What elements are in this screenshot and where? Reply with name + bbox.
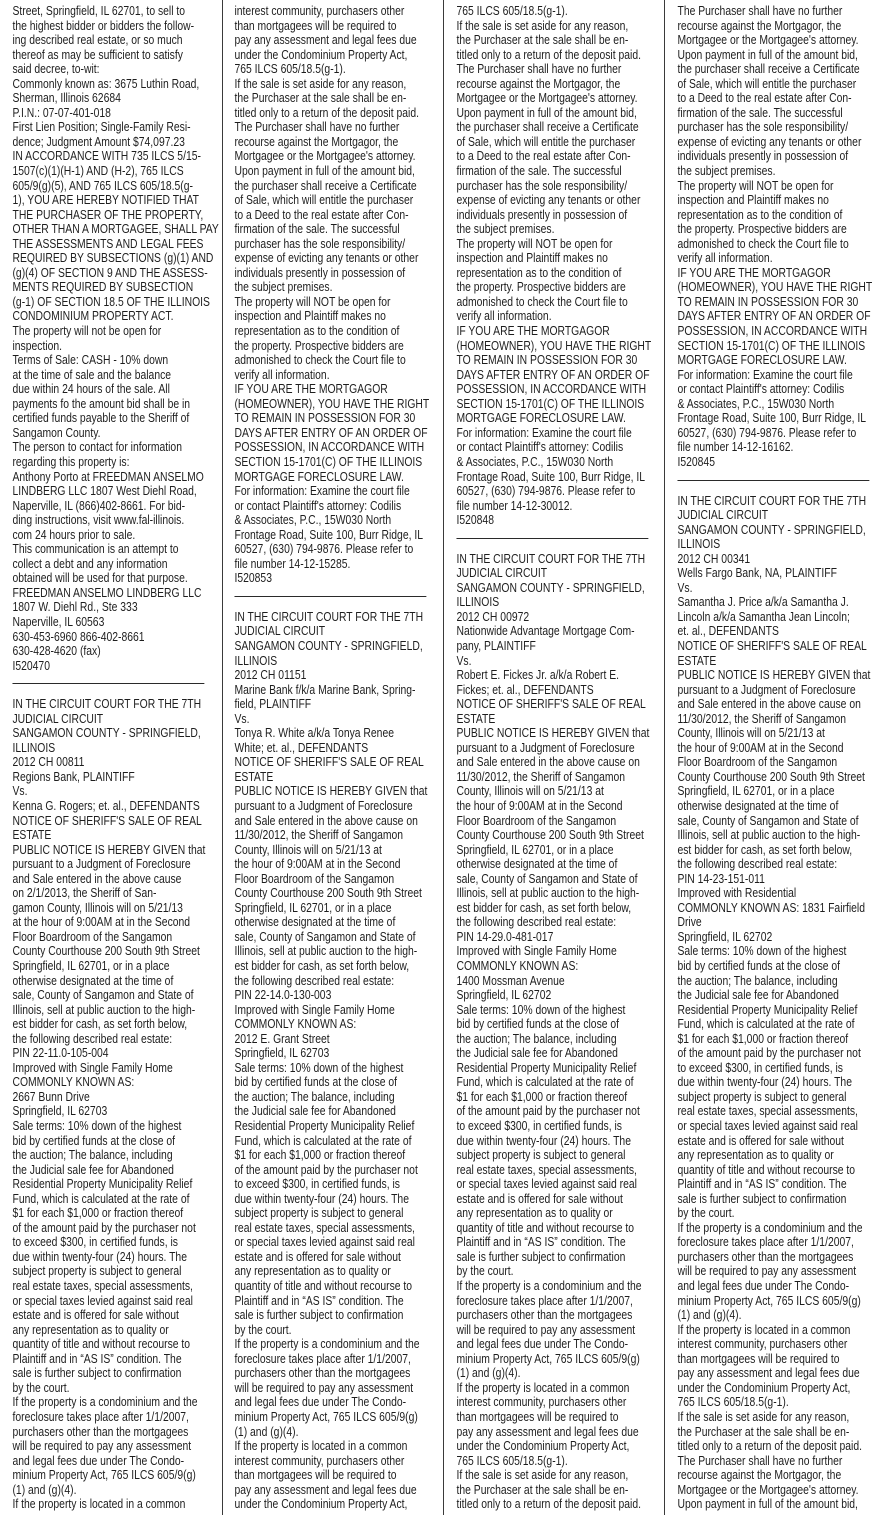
notice-line: Springfield, IL 62703 — [12, 1104, 207, 1119]
notice-line: sale, County of Sangamon and State of — [677, 814, 872, 829]
notice-line: to exceed $300, in certified funds, is — [677, 1061, 872, 1076]
notice-line: will be required to pay any assessment — [677, 1264, 872, 1279]
notice-line: the hour of 9:00AM at in the Second — [456, 799, 651, 814]
notice-line: Vs. — [456, 654, 651, 669]
notice-line: due within twenty-four (24) hours. The — [456, 1134, 651, 1149]
notice-line: or contact Plaintiff's attorney: Codilis — [234, 499, 429, 514]
notice-line: Plaintiff and in “AS IS” condition. The — [234, 1294, 429, 1309]
notice-line: est bidder for cash, as set forth below, — [677, 843, 872, 858]
notice-line: Illinois, sell at public auction to the … — [456, 886, 651, 901]
notice-line: minium Property Act, 765 ILCS 605/9(g) — [456, 1352, 651, 1367]
notice-line: I520470 — [12, 659, 207, 674]
notice-line: 60527, (630) 794-9876. Please refer to — [234, 542, 429, 557]
notice-line: due within twenty-four (24) hours. The — [234, 1192, 429, 1207]
notice-line: Springfield, IL 62701, or in a place — [677, 784, 872, 799]
notice-line: 630-428-4620 (fax) — [12, 644, 207, 659]
notice-line: payments fo the amount bid shall be in — [12, 397, 207, 412]
notice-line: Sale terms: 10% down of the highest — [234, 1061, 429, 1076]
notice-line: subject property is subject to general — [677, 1090, 872, 1105]
notice-line: ing described real estate, or so much — [12, 33, 207, 48]
notice-line: will be required to pay any assessment — [12, 1439, 207, 1454]
notice-line: 765 ILCS 605/18.5(g-1). — [677, 1395, 872, 1410]
notice-line: For information: Examine the court file — [677, 368, 872, 383]
notice-line: sale is further subject to confirmation — [677, 1192, 872, 1207]
notice-line: purchasers other than the mortgagees — [12, 1425, 207, 1440]
notice-line: and legal fees due under The Condo- — [456, 1337, 651, 1352]
notice-line: I520853 — [234, 571, 429, 586]
notice-line: under the Condominium Property Act, — [234, 48, 429, 63]
notice-line: NOTICE OF SHERIFF'S SALE OF REAL — [234, 755, 429, 770]
notice-line: Vs. — [12, 784, 207, 799]
notice-line: If the property is a condominium and the — [12, 1395, 207, 1410]
notice-line: the subject premises. — [456, 222, 651, 237]
notice-line: 60527, (630) 794-9876. Please refer to — [456, 484, 651, 499]
notice-line: Floor Boardroom of the Sangamon — [234, 872, 429, 887]
notice-line: ILLINOIS — [677, 537, 872, 552]
notice-line: Fund, which is calculated at the rate of — [234, 1134, 429, 1149]
notice-line: real estate taxes, special assessments, — [456, 1163, 651, 1178]
notice-line: Robert E. Fickes Jr. a/k/a Robert E. — [456, 668, 651, 683]
notice-line: 2012 CH 01151 — [234, 668, 429, 683]
notice-line: any representation as to quality or — [456, 1206, 651, 1221]
notice-line: the Judicial sale fee for Abandoned — [12, 1163, 207, 1178]
notice-line: minium Property Act, 765 ILCS 605/9(g) — [234, 1410, 429, 1425]
notice-line: the highest bidder or bidders the follow… — [12, 19, 207, 34]
notice-line: certified funds payable to the Sheriff o… — [12, 411, 207, 426]
notice-separator — [12, 683, 204, 684]
notice-line: purchaser has the sole responsibility/ — [234, 237, 429, 252]
notice-line: 1807 W. Diehl Rd., Ste 333 — [12, 600, 207, 615]
notice-line: verify all information. — [677, 251, 872, 266]
notice-line: NOTICE OF SHERIFF'S SALE OF REAL — [456, 697, 651, 712]
notice-line: Springfield, IL 62701, or in a place — [456, 843, 651, 858]
notice-line: to exceed $300, in certified funds, is — [456, 1119, 651, 1134]
notice-line: at the time of sale and the balance — [12, 368, 207, 383]
notice-line: If the property is located in a common — [677, 1323, 872, 1338]
notice-line: under the Condominium Property Act, — [456, 1439, 651, 1454]
notice-separator — [456, 538, 648, 539]
notice-line: OTHER THAN A MORTGAGEE, SHALL PAY — [12, 222, 207, 237]
notice-line: 605/9(g)(5), AND 765 ILCS 605/18.5(g- — [12, 179, 207, 194]
notice-text-block: IN THE CIRCUIT COURT FOR THE 7THJUDICIAL… — [456, 552, 651, 1512]
notice-line: DAYS AFTER ENTRY OF AN ORDER OF — [677, 309, 872, 324]
notice-line: of the amount paid by the purchaser not — [234, 1163, 429, 1178]
notice-line: If the property is a condominium and the — [677, 1221, 872, 1236]
notice-line: individuals presently in possession of — [234, 266, 429, 281]
notice-line: MENTS REQUIRED BY SUBSECTION — [12, 280, 207, 295]
notice-line: to a Deed to the real estate after Con- — [677, 91, 872, 106]
notice-line: (HOMEOWNER), YOU HAVE THE RIGHT — [456, 339, 651, 354]
notice-line: SANGAMON COUNTY - SPRINGFIELD, — [234, 639, 429, 654]
notice-line: If the property is located in a common — [12, 1497, 207, 1512]
notice-line: real estate taxes, special assessments, — [234, 1221, 429, 1236]
notice-line: IF YOU ARE THE MORTGAGOR — [234, 382, 429, 397]
notice-line: ESTATE — [12, 828, 207, 843]
notice-line: collect a debt and any information — [12, 557, 207, 572]
notice-line: TO REMAIN IN POSSESSION FOR 30 — [677, 295, 872, 310]
notice-line: est bidder for cash, as set forth below, — [456, 901, 651, 916]
notice-line: representation as to the condition of — [234, 324, 429, 339]
legal-notices-page: Street, Springfield, IL 62701, to sell t… — [0, 0, 886, 1515]
notice-line: SANGAMON COUNTY - SPRINGFIELD, — [677, 523, 872, 538]
notice-line: pursuant to a Judgment of Foreclosure — [12, 857, 207, 872]
notice-line: If the sale is set aside for any reason, — [234, 77, 429, 92]
notice-line: interest community, purchasers other — [234, 1454, 429, 1469]
notice-line: to a Deed to the real estate after Con- — [456, 149, 651, 164]
notice-line: of Sale, which will entitle the purchase… — [234, 193, 429, 208]
notice-line: The Purchaser shall have no further — [456, 62, 651, 77]
notice-separator — [677, 480, 869, 481]
notice-line: foreclosure takes place after 1/1/2007, — [456, 1294, 651, 1309]
notice-line: & Associates, P.C., 15W030 North — [234, 513, 429, 528]
notice-line: file number 14-12-15285. — [234, 557, 429, 572]
notice-line: the hour of 9:00AM at in the Second — [234, 857, 429, 872]
notice-line: PIN 14-29.0-481-017 — [456, 930, 651, 945]
notice-line: 11/30/2012, the Sheriff of Sangamon — [456, 770, 651, 785]
notice-line: PUBLIC NOTICE IS HEREBY GIVEN that — [12, 843, 207, 858]
notice-line: purchasers other than the mortgagees — [456, 1308, 651, 1323]
notice-line: Vs. — [677, 581, 872, 596]
notice-line: individuals presently in possession of — [677, 149, 872, 164]
notice-separator — [234, 596, 426, 597]
notice-line: Mortgagee or the Mortgagee's attorney. — [456, 91, 651, 106]
notice-line: otherwise designated at the time of — [234, 915, 429, 930]
notice-line: inspection and Plaintiff makes no — [456, 251, 651, 266]
notice-line: POSSESSION, IN ACCORDANCE WITH — [234, 440, 429, 455]
notice-line: verify all information. — [456, 309, 651, 324]
notice-line: If the property is a condominium and the — [234, 1337, 429, 1352]
notice-text-block: 765 ILCS 605/18.5(g-1).If the sale is se… — [456, 4, 651, 528]
notice-line: ILLINOIS — [234, 654, 429, 669]
column-4: The Purchaser shall have no furtherrecou… — [665, 0, 886, 1515]
notice-line: bid by certified funds at the close of — [677, 959, 872, 974]
notice-line: the Purchaser at the sale shall be en- — [234, 91, 429, 106]
notice-line: I520848 — [456, 513, 651, 528]
notice-line: (1) and (g)(4). — [456, 1366, 651, 1381]
notice-line: of the amount paid by the purchaser not — [456, 1104, 651, 1119]
notice-line: will be required to pay any assessment — [456, 1323, 651, 1338]
notice-line: ESTATE — [456, 712, 651, 727]
notice-line: Sangamon County. — [12, 426, 207, 441]
notice-line: First Lien Position; Single-Family Resi- — [12, 120, 207, 135]
notice-line: otherwise designated at the time of — [677, 799, 872, 814]
notice-line: County, Illinois will on 5/21/13 at — [234, 843, 429, 858]
notice-line: 765 ILCS 605/18.5(g-1). — [456, 1454, 651, 1469]
notice-line: minium Property Act, 765 ILCS 605/9(g) — [12, 1468, 207, 1483]
notice-line: Lincoln a/k/a Samantha Jean Lincoln; — [677, 610, 872, 625]
notice-line: The property will NOT be open for — [677, 179, 872, 194]
notice-line: $1 for each $1,000 or fraction thereof — [12, 1206, 207, 1221]
notice-line: expense of evicting any tenants or other — [456, 193, 651, 208]
notice-line: by the court. — [677, 1206, 872, 1221]
notice-line: firmation of the sale. The successful — [234, 222, 429, 237]
notice-line: 765 ILCS 605/18.5(g-1). — [234, 62, 429, 77]
notice-line: regarding this property is: — [12, 455, 207, 470]
notice-line: sale, County of Sangamon and State of — [12, 988, 207, 1003]
notice-line: or special taxes levied against said rea… — [234, 1235, 429, 1250]
notice-text-block: Street, Springfield, IL 62701, to sell t… — [12, 4, 207, 673]
notice-line: purchasers other than the mortgagees — [677, 1250, 872, 1265]
notice-line: Kenna G. Rogers; et. al., DEFENDANTS — [12, 799, 207, 814]
notice-line: JUDICIAL CIRCUIT — [234, 624, 429, 639]
notice-line: pay any assessment and legal fees due — [677, 1366, 872, 1381]
notice-line: purchaser has the sole responsibility/ — [456, 179, 651, 194]
notice-line: IF YOU ARE THE MORTGAGOR — [456, 324, 651, 339]
notice-line: firmation of the sale. The successful — [677, 106, 872, 121]
notice-line: gamon County, Illinois will on 5/21/13 — [12, 901, 207, 916]
notice-line: quantity of title and without recourse t… — [12, 1337, 207, 1352]
notice-line: Springfield, IL 62702 — [456, 988, 651, 1003]
notice-line: $1 for each $1,000 or fraction thereof — [234, 1148, 429, 1163]
notice-line: of Sale, which will entitle the purchase… — [677, 77, 872, 92]
notice-line: purchaser has the sole responsibility/ — [677, 120, 872, 135]
notice-line: POSSESSION, IN ACCORDANCE WITH — [677, 324, 872, 339]
notice-line: Naperville, IL 60563 — [12, 615, 207, 630]
notice-line: pany, PLAINTIFF — [456, 639, 651, 654]
notice-line: Vs. — [234, 712, 429, 727]
notice-line: quantity of title and without recourse t… — [234, 1279, 429, 1294]
notice-line: by the court. — [12, 1381, 207, 1396]
notice-line: to exceed $300, in certified funds, is — [234, 1177, 429, 1192]
notice-line: If the property is located in a common — [234, 1439, 429, 1454]
notice-line: CONDOMINIUM PROPERTY ACT. — [12, 309, 207, 324]
notice-line: representation as to the condition of — [677, 208, 872, 223]
notice-line: said decree, to-wit: — [12, 62, 207, 77]
notice-line: bid by certified funds at the close of — [456, 1017, 651, 1032]
notice-line: sale, County of Sangamon and State of — [456, 872, 651, 887]
notice-line: Frontage Road, Suite 100, Burr Ridge, IL — [234, 528, 429, 543]
column-4-content: The Purchaser shall have no furtherrecou… — [665, 0, 872, 1512]
notice-line: and legal fees due under The Condo- — [677, 1279, 872, 1294]
notice-line: The Purchaser shall have no further — [677, 4, 872, 19]
notice-line: 1507(c)(1)(H-1) AND (H-2), 765 ILCS — [12, 164, 207, 179]
notice-line: any representation as to quality or — [234, 1264, 429, 1279]
notice-line: ESTATE — [677, 654, 872, 669]
notice-line: REQUIRED BY SUBSECTIONS (g)(1) AND — [12, 251, 207, 266]
notice-line: Mortgagee or the Mortgagee's attorney. — [677, 1483, 872, 1498]
notice-line: Residential Property Municipality Relief — [234, 1119, 429, 1134]
notice-line: TO REMAIN IN POSSESSION FOR 30 — [456, 353, 651, 368]
notice-line: estate and is offered for sale without — [677, 1134, 872, 1149]
notice-line: bid by certified funds at the close of — [234, 1075, 429, 1090]
notice-text-block: IN THE CIRCUIT COURT FOR THE 7THJUDICIAL… — [12, 697, 207, 1512]
notice-line: County Courthouse 200 South 9th Street — [677, 770, 872, 785]
notice-line: under the Condominium Property Act, — [234, 1497, 429, 1512]
notice-text-block: interest community, purchasers otherthan… — [234, 4, 429, 586]
notice-line: PUBLIC NOTICE IS HEREBY GIVEN that — [234, 784, 429, 799]
notice-line: The Purchaser shall have no further — [234, 120, 429, 135]
notice-line: Upon payment in full of the amount bid, — [677, 1497, 872, 1512]
notice-line: The Purchaser shall have no further — [677, 1454, 872, 1469]
notice-line: $1 for each $1,000 or fraction thereof — [677, 1032, 872, 1047]
notice-line: COMMONLY KNOWN AS: — [456, 959, 651, 974]
notice-line: sale is further subject to confirmation — [234, 1308, 429, 1323]
notice-line: SANGAMON COUNTY - SPRINGFIELD, — [456, 581, 651, 596]
notice-line: Improved with Single Family Home — [234, 1003, 429, 1018]
notice-line: pursuant to a Judgment of Foreclosure — [456, 741, 651, 756]
notice-line: minium Property Act, 765 ILCS 605/9(g) — [677, 1294, 872, 1309]
notice-line: Naperville, IL (866)402-8661. For bid- — [12, 499, 207, 514]
notice-line: dence; Judgment Amount $74,097.23 — [12, 135, 207, 150]
notice-line: field, PLAINTIFF — [234, 697, 429, 712]
notice-line: If the sale is set aside for any reason, — [456, 19, 651, 34]
notice-line: PIN 14-23-151-011 — [677, 872, 872, 887]
notice-line: Fund, which is calculated at the rate of — [677, 1017, 872, 1032]
notice-line: DAYS AFTER ENTRY OF AN ORDER OF — [456, 368, 651, 383]
notice-line: IN ACCORDANCE WITH 735 ILCS 5/15- — [12, 149, 207, 164]
notice-line: purchasers other than the mortgagees — [234, 1366, 429, 1381]
notice-line: County Courthouse 200 South 9th Street — [456, 828, 651, 843]
column-3: 765 ILCS 605/18.5(g-1).If the sale is se… — [444, 0, 665, 1515]
notice-line: or contact Plaintiff's attorney: Codilis — [456, 440, 651, 455]
notice-line: MORTGAGE FORECLOSURE LAW. — [234, 470, 429, 485]
notice-line: If the sale is set aside for any reason, — [677, 1410, 872, 1425]
notice-line: Improved with Single Family Home — [456, 944, 651, 959]
notice-line: P.I.N.: 07-07-401-018 — [12, 106, 207, 121]
notice-line: IN THE CIRCUIT COURT FOR THE 7TH — [677, 494, 872, 509]
notice-line: titled only to a return of the deposit p… — [234, 106, 429, 121]
notice-line: Springfield, IL 62702 — [677, 930, 872, 945]
column-3-content: 765 ILCS 605/18.5(g-1).If the sale is se… — [444, 0, 651, 1512]
notice-line: POSSESSION, IN ACCORDANCE WITH — [456, 382, 651, 397]
notice-line: 11/30/2012, the Sheriff of Sangamon — [677, 712, 872, 727]
notice-line: Commonly known as: 3675 Luthin Road, — [12, 77, 207, 92]
notice-line: admonished to check the Court file to — [677, 237, 872, 252]
notice-line: IN THE CIRCUIT COURT FOR THE 7TH — [234, 610, 429, 625]
notice-line: PUBLIC NOTICE IS HEREBY GIVEN that — [677, 668, 872, 683]
notice-text-block: IN THE CIRCUIT COURT FOR THE 7THJUDICIAL… — [234, 610, 429, 1512]
notice-line: For information: Examine the court file — [234, 484, 429, 499]
notice-line: 2012 E. Grant Street — [234, 1032, 429, 1047]
notice-line: County Courthouse 200 South 9th Street — [12, 944, 207, 959]
notice-line: than mortgagees will be required to — [234, 1468, 429, 1483]
notice-line: The property will not be open for — [12, 324, 207, 339]
notice-line: NOTICE OF SHERIFF'S SALE OF REAL — [12, 814, 207, 829]
notice-line: PIN 22-11.0-105-004 — [12, 1046, 207, 1061]
notice-line: the purchaser shall receive a Certificat… — [456, 120, 651, 135]
notice-line: JUDICIAL CIRCUIT — [456, 566, 651, 581]
notice-line: admonished to check the Court file to — [456, 295, 651, 310]
notice-line: the Judicial sale fee for Abandoned — [677, 988, 872, 1003]
notice-line: subject property is subject to general — [234, 1206, 429, 1221]
notice-line: IF YOU ARE THE MORTGAGOR — [677, 266, 872, 281]
notice-line: Wells Fargo Bank, NA, PLAINTIFF — [677, 566, 872, 581]
notice-line: ESTATE — [234, 770, 429, 785]
notice-line: estate and is offered for sale without — [12, 1308, 207, 1323]
notice-line: Fund, which is calculated at the rate of — [12, 1192, 207, 1207]
notice-line: Anthony Porto at FREEDMAN ANSELMO — [12, 470, 207, 485]
notice-line: subject property is subject to general — [456, 1148, 651, 1163]
notice-line: Residential Property Municipality Relief — [456, 1061, 651, 1076]
notice-line: sale is further subject to confirmation — [12, 1366, 207, 1381]
notice-line: Plaintiff and in “AS IS” condition. The — [12, 1352, 207, 1367]
notice-line: at the hour of 9:00AM at in the Second — [12, 915, 207, 930]
notice-line: by the court. — [234, 1323, 429, 1338]
notice-line: and Sale entered in the above cause on — [456, 755, 651, 770]
notice-line: Springfield, IL 62703 — [234, 1046, 429, 1061]
notice-line: pursuant to a Judgment of Foreclosure — [677, 683, 872, 698]
notice-line: If the property is a condominium and the — [456, 1279, 651, 1294]
notice-line: or special taxes levied against said rea… — [456, 1177, 651, 1192]
notice-line: Upon payment in full of the amount bid, — [456, 106, 651, 121]
notice-line: any representation as to quality or — [12, 1323, 207, 1338]
notice-line: the Purchaser at the sale shall be en- — [456, 33, 651, 48]
notice-line: due within twenty-four (24) hours. The — [677, 1075, 872, 1090]
notice-line: recourse against the Mortgagor, the — [234, 135, 429, 150]
notice-line: 2012 CH 00972 — [456, 610, 651, 625]
notice-line: the Purchaser at the sale shall be en- — [677, 1425, 872, 1440]
notice-line: This communication is an attempt to — [12, 542, 207, 557]
notice-line: SECTION 15-1701(C) OF THE ILLINOIS — [677, 339, 872, 354]
notice-line: Floor Boardroom of the Sangamon — [456, 814, 651, 829]
notice-line: Sale terms: 10% down of the highest — [12, 1119, 207, 1134]
notice-line: the property. Prospective bidders are — [677, 222, 872, 237]
notice-line: the purchaser shall receive a Certificat… — [234, 179, 429, 194]
notice-line: et. al., DEFENDANTS — [677, 624, 872, 639]
notice-line: Mortgagee or the Mortgagee's attorney. — [234, 149, 429, 164]
notice-line: of the amount paid by the purchaser not — [12, 1221, 207, 1236]
notice-line: and Sale entered in the above cause — [12, 872, 207, 887]
notice-line: (1) and (g)(4). — [677, 1308, 872, 1323]
notice-line: (HOMEOWNER), YOU HAVE THE RIGHT — [677, 280, 872, 295]
notice-line: County, Illinois will on 5/21/13 at — [677, 726, 872, 741]
notice-line: thereof as may be sufficient to satisfy — [12, 48, 207, 63]
notice-line: FREEDMAN ANSELMO LINDBERG LLC — [12, 586, 207, 601]
notice-line: titled only to a return of the deposit p… — [456, 48, 651, 63]
notice-line: Marine Bank f/k/a Marine Bank, Spring- — [234, 683, 429, 698]
column-1: Street, Springfield, IL 62701, to sell t… — [0, 0, 221, 1515]
notice-line: Illinois, sell at public auction to the … — [12, 1003, 207, 1018]
notice-line: (g)(4) OF SECTION 9 AND THE ASSESS- — [12, 266, 207, 281]
notice-line: The property will NOT be open for — [456, 237, 651, 252]
notice-line: representation as to the condition of — [456, 266, 651, 281]
notice-line: I520845 — [677, 455, 872, 470]
notice-line: recourse against the Mortgagor, the — [677, 1468, 872, 1483]
notice-line: Improved with Single Family Home — [12, 1061, 207, 1076]
notice-line: or special taxes levied against said rea… — [677, 1119, 872, 1134]
notice-line: If the sale is set aside for any reason, — [456, 1468, 651, 1483]
notice-line: and legal fees due under The Condo- — [234, 1395, 429, 1410]
notice-line: than mortgagees will be required to — [234, 19, 429, 34]
notice-line: Street, Springfield, IL 62701, to sell t… — [12, 4, 207, 19]
notice-line: estate and is offered for sale without — [456, 1192, 651, 1207]
notice-line: Drive — [677, 915, 872, 930]
notice-line: 1400 Mossman Avenue — [456, 974, 651, 989]
notice-line: MORTGAGE FORECLOSURE LAW. — [677, 353, 872, 368]
notice-line: verify all information. — [234, 368, 429, 383]
notice-line: expense of evicting any tenants or other — [677, 135, 872, 150]
notice-line: (HOMEOWNER), YOU HAVE THE RIGHT — [234, 397, 429, 412]
notice-line: Terms of Sale: CASH - 10% down — [12, 353, 207, 368]
notice-line: PIN 22-14.0-130-003 — [234, 988, 429, 1003]
notice-line: the hour of 9:00AM at in the Second — [677, 741, 872, 756]
notice-line: County, Illinois will on 5/21/13 at — [456, 784, 651, 799]
notice-line: foreclosure takes place after 1/1/2007, — [677, 1235, 872, 1250]
notice-line: Illinois, sell at public auction to the … — [677, 828, 872, 843]
notice-line: interest community, purchasers other — [677, 1337, 872, 1352]
notice-line: Sherman, Illinois 62684 — [12, 91, 207, 106]
notice-line: IN THE CIRCUIT COURT FOR THE 7TH — [456, 552, 651, 567]
notice-line: recourse against the Mortgagor, the — [456, 77, 651, 92]
notice-line: Illinois, sell at public auction to the … — [234, 944, 429, 959]
notice-line: or contact Plaintiff's attorney: Codilis — [677, 382, 872, 397]
notice-line: Improved with Residential — [677, 886, 872, 901]
notice-line: Upon payment in full of the amount bid, — [234, 164, 429, 179]
notice-line: the following described real estate: — [456, 915, 651, 930]
notice-line: expense of evicting any tenants or other — [234, 251, 429, 266]
notice-line: by the court. — [456, 1264, 651, 1279]
notice-line: and legal fees due under The Condo- — [12, 1454, 207, 1469]
